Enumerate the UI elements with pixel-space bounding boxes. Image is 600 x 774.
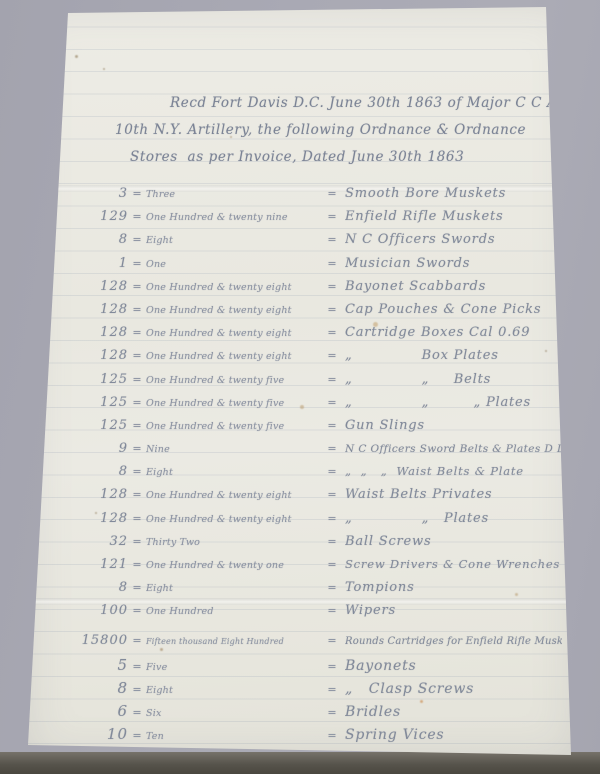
equals-sign: = bbox=[319, 683, 345, 696]
ledger-row: 5=Five=Bayonets bbox=[58, 656, 562, 679]
equals-sign: = bbox=[319, 604, 345, 617]
equals-sign: = bbox=[128, 683, 146, 696]
equals-sign: = bbox=[128, 233, 146, 246]
quantity-words: Fifteen thousand Eight Hundred bbox=[146, 637, 319, 646]
equals-sign: = bbox=[128, 604, 146, 617]
ledger-row: 9=Nine=N C Officers Sword Belts & Plates… bbox=[58, 441, 562, 464]
equals-sign: = bbox=[319, 326, 345, 339]
equals-sign: = bbox=[128, 634, 146, 647]
receipt-header-line-1: Recd Fort Davis D.C. June 30th 1863 of M… bbox=[170, 95, 585, 111]
item-name: Bayonets bbox=[345, 658, 562, 674]
equals-sign: = bbox=[319, 706, 345, 719]
quantity-words: One Hundred & twenty five bbox=[146, 375, 319, 386]
ledger-row: 128=One Hundred & twenty eight=„ Box Pla… bbox=[58, 348, 562, 371]
quantity-words: Ten bbox=[146, 731, 319, 742]
ledger-row: 125=One Hundred & twenty five=„ „ „ Plat… bbox=[58, 395, 562, 418]
document-paper: Recd Fort Davis D.C. June 30th 1863 of M… bbox=[28, 5, 576, 761]
ledger-row: 125=One Hundred & twenty five=„ „ Belts bbox=[58, 372, 562, 395]
ledger-row: 128=One Hundred & twenty eight=„ „ Plate… bbox=[58, 511, 562, 534]
equals-sign: = bbox=[128, 660, 146, 673]
quantity-numeral: 9 bbox=[58, 441, 128, 456]
equals-sign: = bbox=[319, 535, 345, 548]
ledger-row: 129=One Hundred & twenty nine=Enfield Ri… bbox=[58, 209, 562, 232]
quantity-numeral: 15800 bbox=[58, 633, 128, 648]
quantity-numeral: 5 bbox=[58, 656, 128, 674]
equals-sign: = bbox=[319, 233, 345, 246]
quantity-numeral: 121 bbox=[58, 557, 128, 572]
quantity-words: One Hundred & twenty eight bbox=[146, 328, 319, 339]
equals-sign: = bbox=[128, 581, 146, 594]
ledger-row: 1=One=Musician Swords bbox=[58, 256, 562, 279]
equals-sign: = bbox=[319, 187, 345, 200]
item-name: Musician Swords bbox=[345, 256, 562, 271]
item-name: „ Box Plates bbox=[345, 348, 562, 363]
quantity-numeral: 1 bbox=[58, 256, 128, 271]
quantity-words: Eight bbox=[146, 685, 319, 696]
quantity-words: One Hundred & twenty one bbox=[146, 560, 319, 571]
quantity-words: One Hundred & twenty five bbox=[146, 421, 319, 432]
quantity-numeral: 32 bbox=[58, 534, 128, 549]
ledger-row: 8=Eight=N C Officers Swords bbox=[58, 232, 562, 255]
quantity-words: Five bbox=[146, 662, 319, 673]
equals-sign: = bbox=[128, 465, 146, 478]
equals-sign: = bbox=[128, 257, 146, 270]
ledger-rows: 3=Three=Smooth Bore Muskets 129=One Hund… bbox=[58, 186, 562, 749]
equals-sign: = bbox=[319, 280, 345, 293]
equals-sign: = bbox=[319, 419, 345, 432]
equals-sign: = bbox=[319, 488, 345, 501]
quantity-numeral: 128 bbox=[58, 487, 128, 502]
quantity-numeral: 100 bbox=[58, 603, 128, 618]
item-name: Spring Vices bbox=[345, 727, 562, 743]
quantity-words: One bbox=[146, 259, 319, 270]
ledger-row: 15800=Fifteen thousand Eight Hundred=Rou… bbox=[58, 633, 562, 656]
item-name: Bayonet Scabbards bbox=[345, 279, 562, 294]
equals-sign: = bbox=[128, 349, 146, 362]
quantity-words: One Hundred & twenty five bbox=[146, 398, 319, 409]
quantity-numeral: 128 bbox=[58, 302, 128, 317]
quantity-numeral: 8 bbox=[58, 580, 128, 595]
receipt-header-line-3: Stores as per Invoice, Dated June 30th 1… bbox=[130, 149, 464, 165]
equals-sign: = bbox=[319, 660, 345, 673]
item-name: „ „ Belts bbox=[345, 372, 562, 387]
quantity-numeral: 125 bbox=[58, 372, 128, 387]
equals-sign: = bbox=[128, 373, 146, 386]
item-name: Wipers bbox=[345, 603, 562, 618]
item-name: Rounds Cartridges for Enfield Rifle Musk… bbox=[345, 636, 562, 647]
equals-sign: = bbox=[319, 512, 345, 525]
equals-sign: = bbox=[128, 558, 146, 571]
equals-sign: = bbox=[319, 303, 345, 316]
quantity-numeral: 128 bbox=[58, 348, 128, 363]
quantity-words: One Hundred & twenty eight bbox=[146, 490, 319, 501]
ledger-row: 6=Six=Bridles bbox=[58, 702, 562, 725]
quantity-numeral: 128 bbox=[58, 325, 128, 340]
equals-sign: = bbox=[128, 729, 146, 742]
quantity-words: One Hundred & twenty eight bbox=[146, 282, 319, 293]
receipt-header-line-2: 10th N.Y. Artillery, the following Ordna… bbox=[115, 122, 526, 138]
quantity-numeral: 6 bbox=[58, 702, 128, 720]
equals-sign: = bbox=[128, 326, 146, 339]
equals-sign: = bbox=[319, 558, 345, 571]
quantity-numeral: 8 bbox=[58, 232, 128, 247]
ledger-row: 128=One Hundred & twenty eight=Bayonet S… bbox=[58, 279, 562, 302]
ledger-row: 8=Eight=„ „ „ Waist Belts & Plate bbox=[58, 464, 562, 487]
quantity-words: Six bbox=[146, 708, 319, 719]
quantity-words: One Hundred & twenty eight bbox=[146, 351, 319, 362]
quantity-words: Eight bbox=[146, 467, 319, 478]
item-name: Enfield Rifle Muskets bbox=[345, 209, 562, 224]
ledger-row: 128=One Hundred & twenty eight=Cap Pouch… bbox=[58, 302, 562, 325]
equals-sign: = bbox=[319, 373, 345, 386]
item-name: „ „ „ Plates bbox=[345, 395, 562, 410]
ledger-row: 8=Eight=„ Clasp Screws bbox=[58, 679, 562, 702]
equals-sign: = bbox=[319, 634, 345, 647]
equals-sign: = bbox=[128, 396, 146, 409]
quantity-words: Eight bbox=[146, 235, 319, 246]
item-name: Cartridge Boxes Cal 0.69 bbox=[345, 325, 562, 340]
quantity-words: Thirty Two bbox=[146, 537, 319, 548]
equals-sign: = bbox=[128, 512, 146, 525]
quantity-numeral: 3 bbox=[58, 186, 128, 201]
quantity-numeral: 125 bbox=[58, 395, 128, 410]
ledger-row: 128=One Hundred & twenty eight=Cartridge… bbox=[58, 325, 562, 348]
quantity-numeral: 128 bbox=[58, 279, 128, 294]
item-name: Tompions bbox=[345, 580, 562, 595]
equals-sign: = bbox=[319, 581, 345, 594]
item-name: Bridles bbox=[345, 704, 562, 720]
quantity-numeral: 8 bbox=[58, 464, 128, 479]
ledger-row: 10=Ten=Spring Vices bbox=[58, 725, 562, 748]
item-name: „ „ Plates bbox=[345, 511, 562, 526]
item-name: Cap Pouches & Cone Picks bbox=[345, 302, 562, 317]
equals-sign: = bbox=[128, 303, 146, 316]
equals-sign: = bbox=[319, 396, 345, 409]
item-name: N C Officers Sword Belts & Plates D Livy bbox=[345, 443, 562, 455]
equals-sign: = bbox=[128, 535, 146, 548]
item-name: Gun Slings bbox=[345, 418, 562, 433]
quantity-words: One Hundred bbox=[146, 606, 319, 617]
equals-sign: = bbox=[319, 729, 345, 742]
ledger-row: 32=Thirty Two=Ball Screws bbox=[58, 534, 562, 557]
quantity-numeral: 129 bbox=[58, 209, 128, 224]
item-name: Waist Belts Privates bbox=[345, 487, 562, 502]
item-name: „ Clasp Screws bbox=[345, 681, 562, 697]
foxing-stain bbox=[103, 68, 105, 70]
foxing-stain bbox=[75, 55, 78, 58]
equals-sign: = bbox=[128, 280, 146, 293]
item-name: N C Officers Swords bbox=[345, 232, 562, 247]
ledger-row: 121=One Hundred & twenty one=Screw Drive… bbox=[58, 557, 562, 580]
item-name: Smooth Bore Muskets bbox=[345, 186, 562, 201]
quantity-words: One Hundred & twenty nine bbox=[146, 212, 319, 223]
quantity-numeral: 128 bbox=[58, 511, 128, 526]
item-name: „ „ „ Waist Belts & Plate bbox=[345, 464, 562, 478]
quantity-numeral: 8 bbox=[58, 679, 128, 697]
quantity-words: Nine bbox=[146, 444, 319, 455]
equals-sign: = bbox=[319, 349, 345, 362]
equals-sign: = bbox=[319, 465, 345, 478]
equals-sign: = bbox=[128, 488, 146, 501]
ledger-row: 125=One Hundred & twenty five=Gun Slings bbox=[58, 418, 562, 441]
equals-sign: = bbox=[128, 210, 146, 223]
equals-sign: = bbox=[319, 442, 345, 455]
equals-sign: = bbox=[128, 419, 146, 432]
item-name: Screw Drivers & Cone Wrenches bbox=[345, 557, 562, 571]
item-name: Ball Screws bbox=[345, 534, 562, 549]
ledger-row: 100=One Hundred=Wipers bbox=[58, 603, 562, 626]
quantity-numeral: 10 bbox=[58, 725, 128, 743]
table-edge-shadow bbox=[0, 752, 600, 774]
equals-sign: = bbox=[128, 706, 146, 719]
equals-sign: = bbox=[128, 442, 146, 455]
quantity-words: Three bbox=[146, 189, 319, 200]
ledger-row: 128=One Hundred & twenty eight=Waist Bel… bbox=[58, 487, 562, 510]
quantity-words: Eight bbox=[146, 583, 319, 594]
quantity-words: One Hundred & twenty eight bbox=[146, 305, 319, 316]
equals-sign: = bbox=[319, 210, 345, 223]
quantity-numeral: 125 bbox=[58, 418, 128, 433]
ledger-row: 3=Three=Smooth Bore Muskets bbox=[58, 186, 562, 209]
photo-background: Recd Fort Davis D.C. June 30th 1863 of M… bbox=[0, 0, 600, 774]
ledger-row: 8=Eight=Tompions bbox=[58, 580, 562, 603]
equals-sign: = bbox=[128, 187, 146, 200]
equals-sign: = bbox=[319, 257, 345, 270]
quantity-words: One Hundred & twenty eight bbox=[146, 514, 319, 525]
